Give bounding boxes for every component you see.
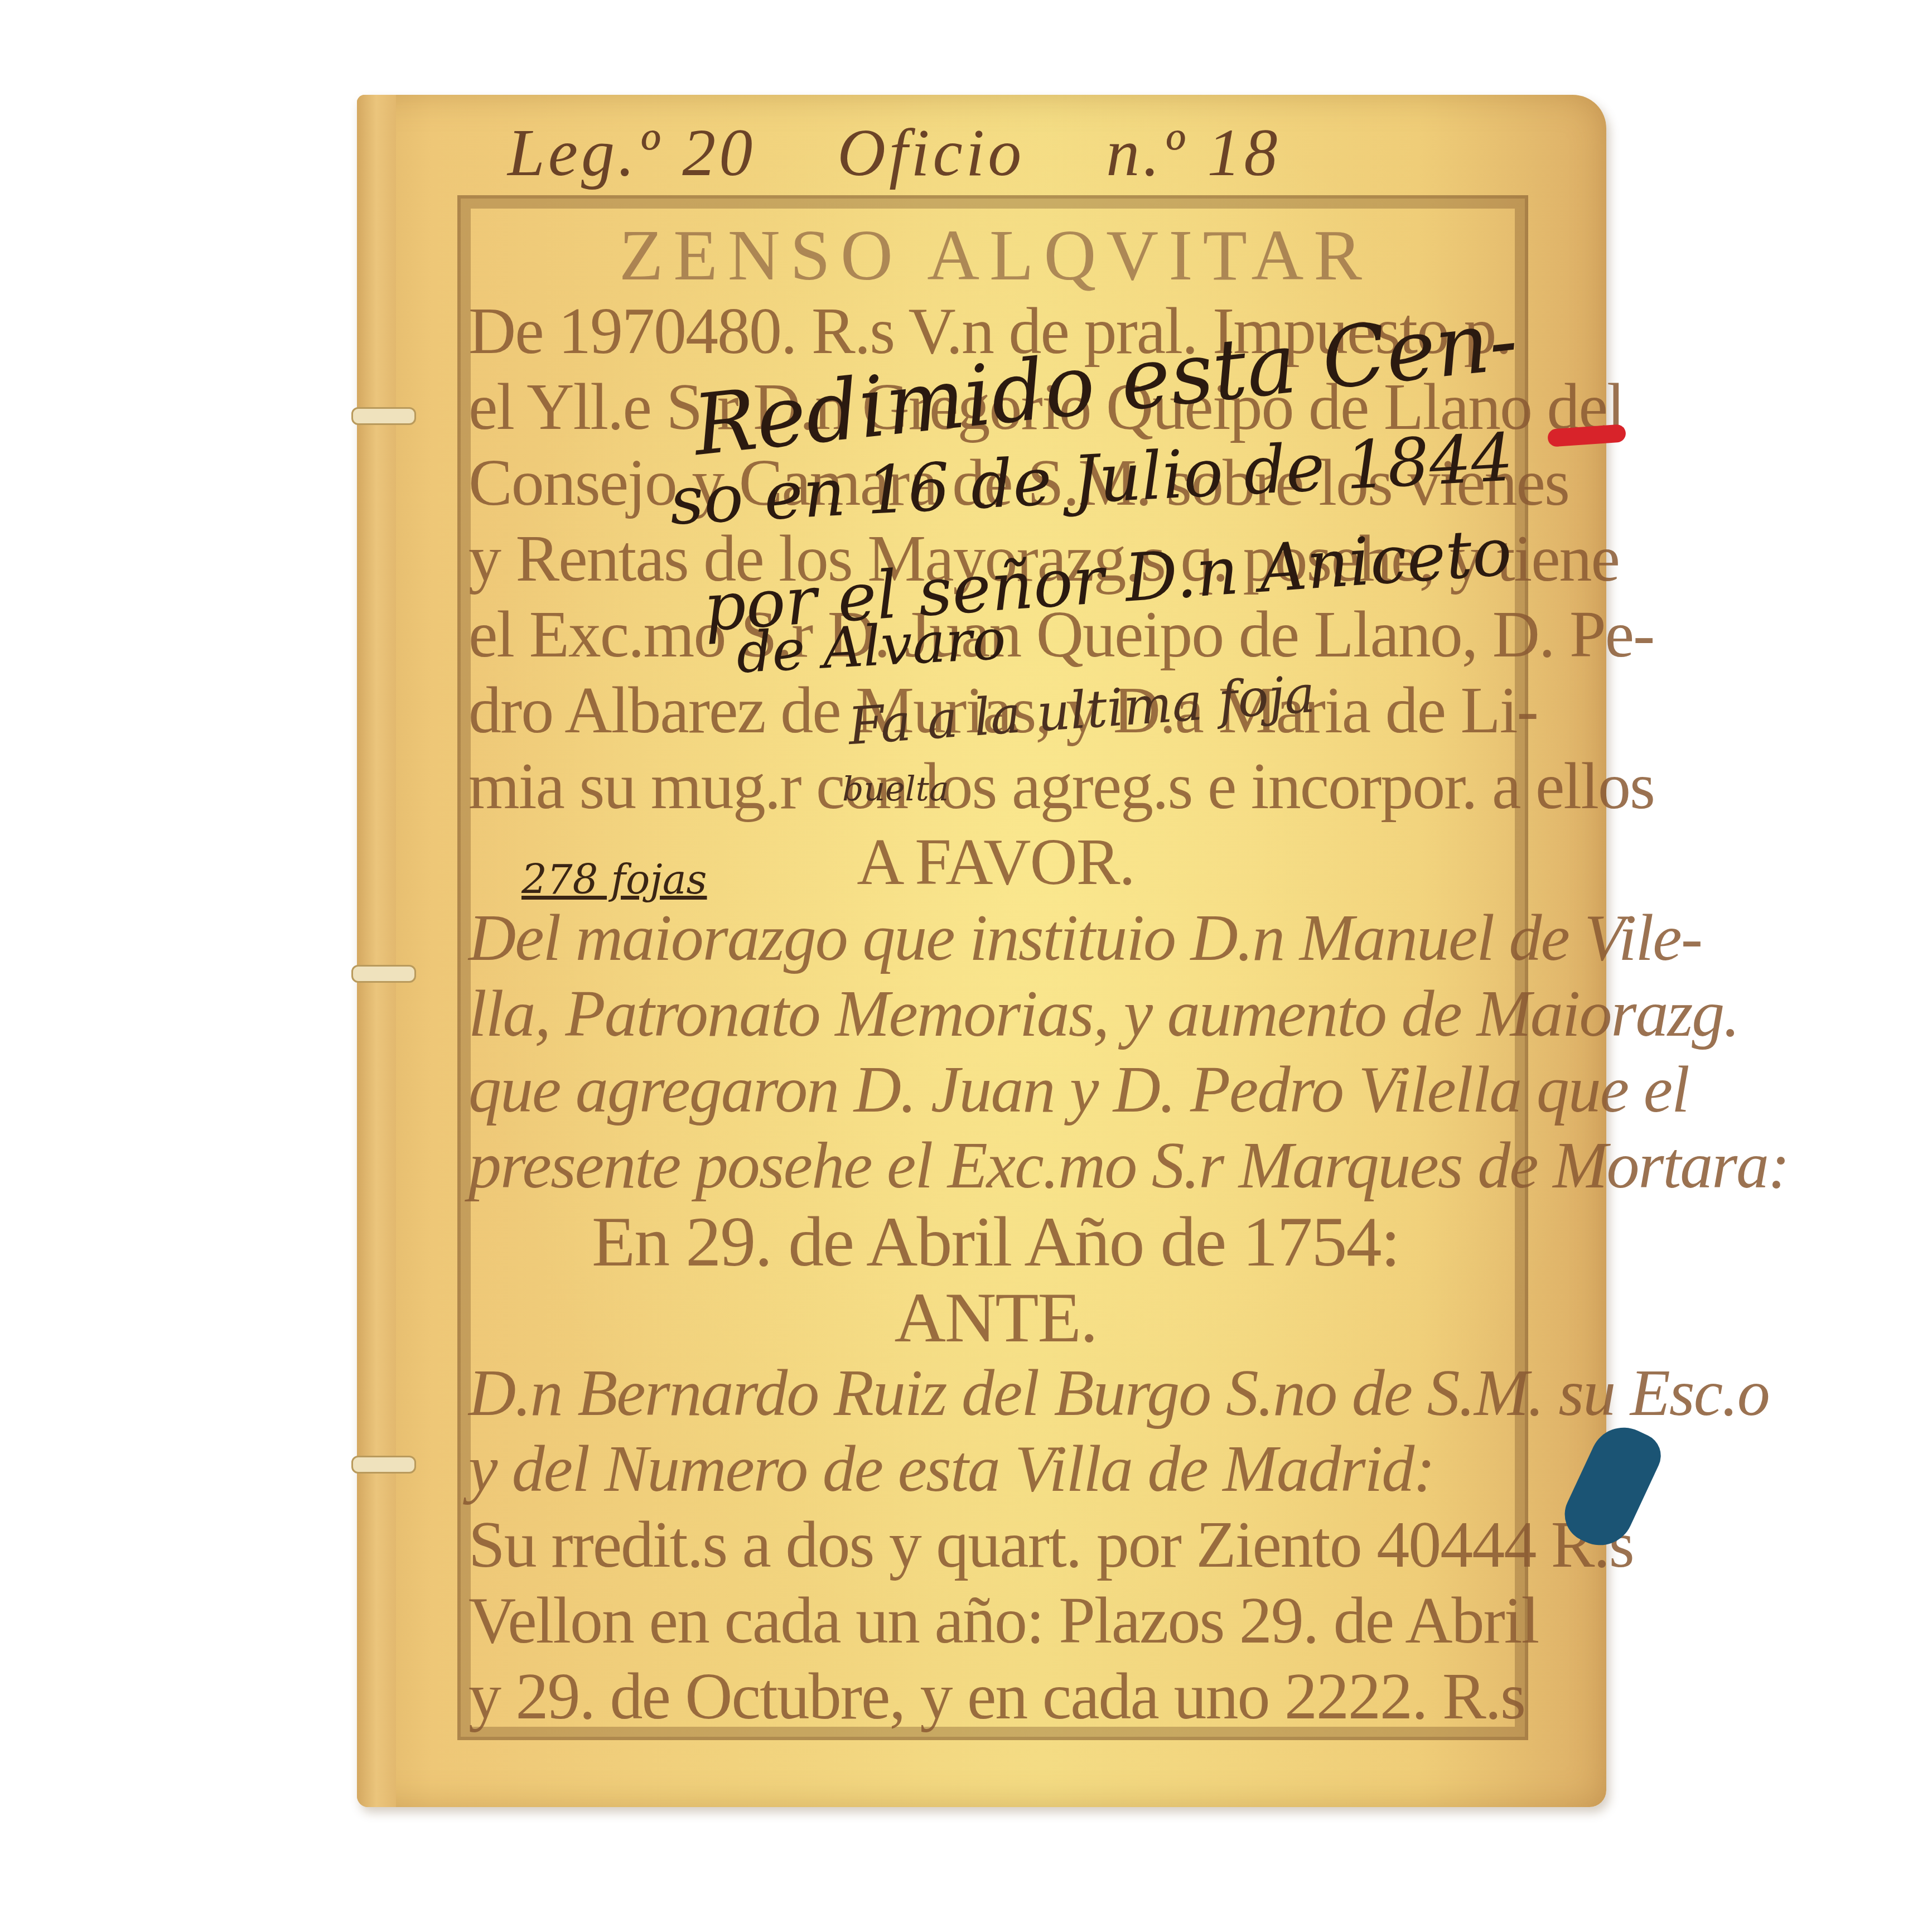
text-line: que agregaron D. Juan y D. Pedro Vilella… bbox=[468, 1052, 1523, 1128]
text-line: presente posehe el Exc.mo S.r Marques de… bbox=[468, 1128, 1523, 1204]
heading-ante: ANTE. bbox=[468, 1279, 1523, 1355]
spine bbox=[357, 95, 396, 1807]
text-line: D.n Bernardo Ruiz del Burgo S.no de S.M.… bbox=[468, 1355, 1523, 1431]
vellum-cover: Leg.º 20 Oficio n.º 18 ZENSO ALQVITAR De… bbox=[357, 95, 1606, 1807]
text-line: Vellon en cada un año: Plazos 29. de Abr… bbox=[468, 1583, 1523, 1659]
annotation-buelta: buelta bbox=[842, 770, 949, 809]
annotation-fojas-count: 278 fojas bbox=[521, 856, 707, 903]
text-line: Su rredit.s a dos y quart. por Ziento 40… bbox=[468, 1507, 1523, 1583]
text-line: y 29. de Octubre, y en cada uno 2222. R.… bbox=[468, 1659, 1523, 1735]
shelfmark: Leg.º 20 Oficio n.º 18 bbox=[508, 114, 1567, 191]
binding-stitch bbox=[351, 407, 416, 425]
text-line: mia su mug.r con los agreg.s e incorpor.… bbox=[468, 748, 1523, 824]
binding-stitch bbox=[351, 965, 416, 983]
binding-stitch bbox=[351, 1456, 416, 1474]
text-line: y del Numero de esta Villa de Madrid: bbox=[468, 1431, 1523, 1507]
text-line: lla, Patronato Memorias, y aumento de Ma… bbox=[468, 976, 1523, 1052]
shelfmark-number: n.º 18 bbox=[1106, 115, 1281, 190]
heading-censo: ZENSO ALQVITAR bbox=[468, 218, 1523, 293]
date-line: En 29. de Abril Año de 1754: bbox=[468, 1204, 1523, 1279]
shelfmark-oficio: Oficio bbox=[837, 115, 1025, 190]
text-line: Del maiorazgo que instituio D.n Manuel d… bbox=[468, 900, 1523, 976]
shelfmark-legajo: Leg.º 20 bbox=[508, 115, 756, 190]
